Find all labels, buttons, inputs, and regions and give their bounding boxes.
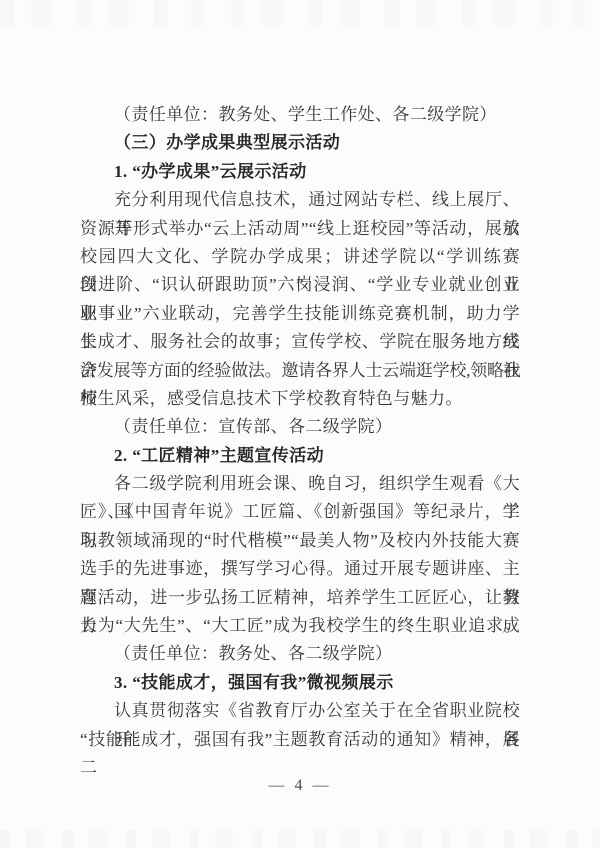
responsibility-note: （责任单位：宣传部、各二级学院） bbox=[80, 413, 520, 441]
text-line: 匠》、《中国青年说》工匠篇、《创新强国》等纪录片，学习 bbox=[80, 498, 520, 526]
page-number: — 4 — bbox=[0, 776, 600, 796]
text-line: 育活动，进一步弘扬工匠精神，培养学生工匠匠心，让努力成 bbox=[80, 584, 520, 612]
scan-noise-top bbox=[0, 0, 600, 26]
text-line: 校园四大文化、学院办学成果；讲述学院以“学训练赛创”五 bbox=[80, 243, 520, 271]
document-body: （责任单位：教务处、学生工作处、各二级学院） （三）办学成果典型展示活动 1. … bbox=[80, 101, 520, 754]
text-line: 资源等形式举办“云上活动周”“线上逛校园”等活动，展示 bbox=[80, 215, 520, 243]
text-line: 会发展等方面的经验做法。邀请各界人士云端逛学校,领略我校 bbox=[80, 357, 520, 385]
responsibility-note: （责任单位：教务处、学生工作处、各二级学院） bbox=[80, 101, 520, 129]
scan-noise-bottom bbox=[0, 830, 600, 848]
text-line: 长为“大先生”、“大工匠”成为我校学生的终生职业追求。 bbox=[80, 612, 520, 640]
text-line: 选手的先进事迹，撰写学习心得。通过开展专题讲座、主题教 bbox=[80, 555, 520, 583]
text-line: “技能能成才，强国有我”主题教育活动的通知》精神，各二 bbox=[80, 726, 520, 754]
section-3-heading: （三）办学成果典型展示活动 bbox=[80, 129, 520, 157]
text-line: 充分利用现代信息技术，通过网站专栏、线上展厅、开放 bbox=[80, 186, 520, 214]
text-line: 各二级学院利用班会课、晚自习，组织学生观看《大国工 bbox=[80, 470, 520, 498]
item-1-heading: 1. “办学成果”云展示活动 bbox=[80, 158, 520, 186]
text-line: 长成才、服务社会的故事；宣传学校、学院在服务地方经济社 bbox=[80, 328, 520, 356]
responsibility-note: （责任单位：教务处、各二级学院） bbox=[80, 640, 520, 668]
text-line: 师生风采，感受信息技术下学校教育特色与魅力。 bbox=[80, 385, 520, 413]
text-line: 认真贯彻落实《省教育厅办公室关于在全省职业院校开展 bbox=[80, 697, 520, 725]
item-3-heading: 3. “技能成才，强国有我”微视频展示 bbox=[80, 669, 520, 697]
item-2-heading: 2. “工匠精神”主题宣传活动 bbox=[80, 442, 520, 470]
text-line: 段进阶、“识认研跟助顶”六岗浸润、“学业专业就业创业职 bbox=[80, 271, 520, 299]
document-page: （责任单位：教务处、学生工作处、各二级学院） （三）办学成果典型展示活动 1. … bbox=[0, 0, 600, 848]
text-line: 业事业”六业联动，完善学生技能训练竞赛机制，助力学生成 bbox=[80, 300, 520, 328]
text-line: 职教领域涌现的“时代楷模”“最美人物”及校内外技能大赛 bbox=[80, 527, 520, 555]
